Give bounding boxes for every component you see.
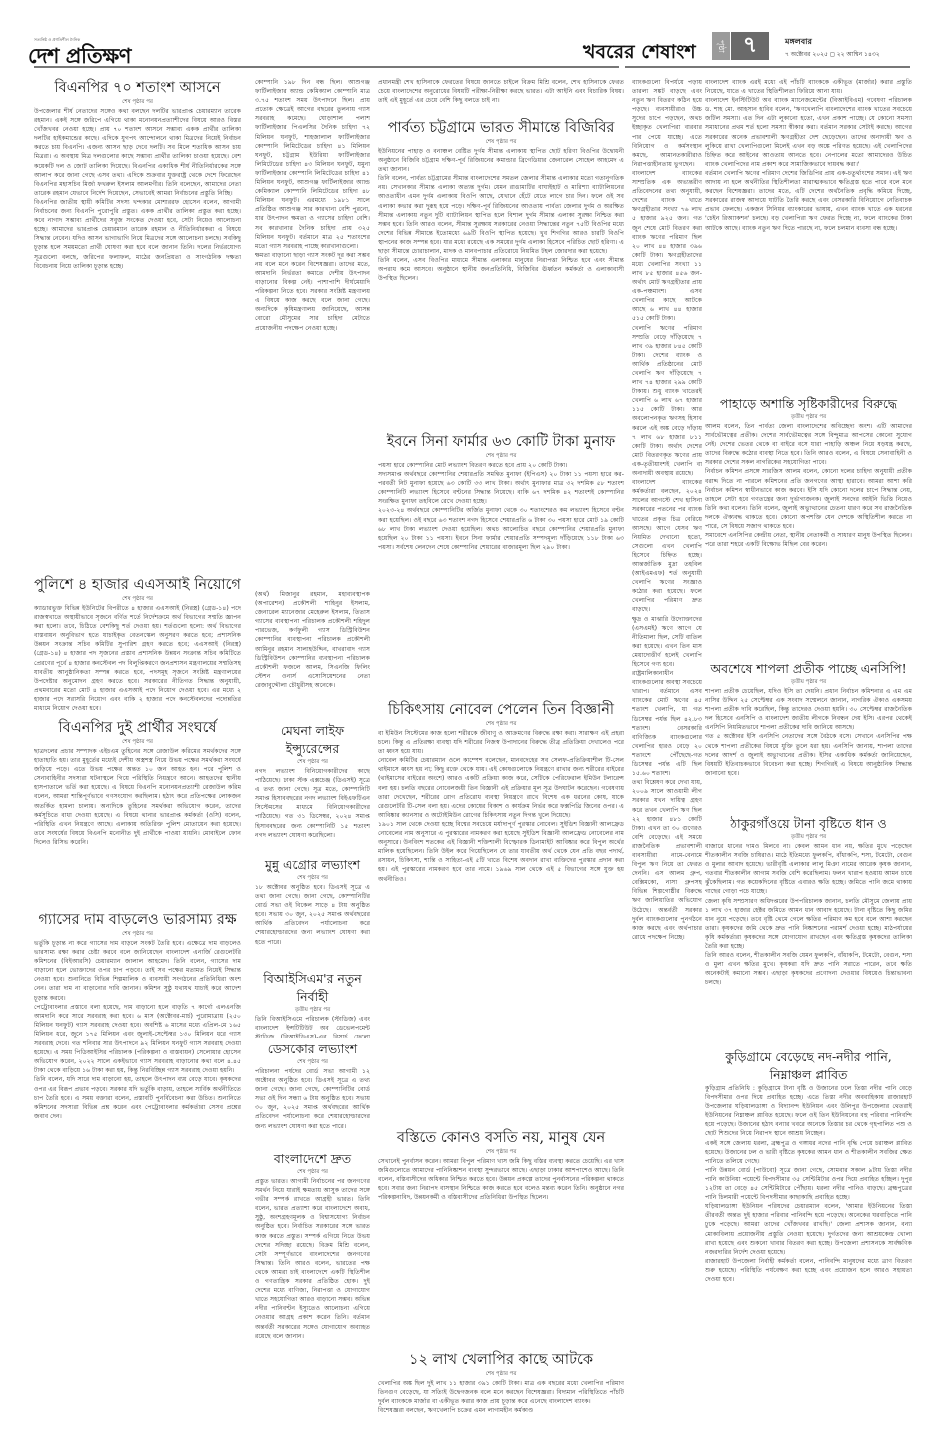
paragraph: সেখানেই পুনর্বাসন করেন। আমরা বিপুল পরিমা…	[378, 1157, 624, 1202]
paragraph: তিনি বিআইসিএমে পরিচালক (স্টাডিজ) এবং বাং…	[255, 1015, 370, 1038]
article-kurigram[interactable]: কুড়িগ্রামে বেড়েছে নদ-নদীর পানি, নিম্না…	[705, 1048, 912, 1442]
article-bank-merger[interactable]: বাংলাদেশ ব্যাংক এরই মধ্যে এই পাঁচটি ব্যা…	[705, 78, 912, 396]
paragraph: তিনি বলেন, এসব বিওপির মাধ্যমে সীমান্ত এল…	[378, 256, 624, 283]
headline: পুলিশে ৪ হাজার এএসআই নিয়োগে	[34, 575, 241, 595]
kicker: শেষ পৃষ্ঠার পর	[34, 595, 241, 603]
article-bnp-clash[interactable]: বিএনপির দুই প্রার্থীর সংঘর্ষে শেষ পৃষ্ঠা…	[34, 718, 241, 908]
article-thakurgaon[interactable]: ঠাকুরগাঁওয়ে টানা বৃষ্টিতে ধান ও তৃতীয় …	[705, 815, 912, 1045]
masthead-rule-right	[625, 66, 910, 68]
paragraph: কোম্পানি ১৯৮ দিন বন্ধ ছিল। আশুগঞ্জ ফার্ট…	[255, 78, 370, 251]
paragraph: গত ৫ অক্টোবর ইসি এনসিপি নেতাদের সঙ্গে বৈ…	[705, 732, 912, 777]
article-ibnsina[interactable]: ইবনে সিনা ফার্মার ৬৩ কোটি টাকা মুনাফ শেষ…	[378, 432, 624, 682]
paragraph: আলম বলেন, তিন পার্বত্য জেলা বাংলাদেশের অ…	[705, 422, 912, 467]
headline: পাহাড়ে অশান্তি সৃষ্টিকারীদের বিরুদ্ধে	[705, 395, 912, 413]
article-gas[interactable]: গ্যাসের দাম বাড়লেও ভারসাম্য রক্ষ শেষ পৃ…	[34, 910, 241, 1442]
masthead: সত্যনিষ্ঠ ও প্রগতিশীল দৈনিক দেশ প্রতিক্ষ…	[0, 0, 945, 58]
paragraph: বাংলাদেশ ব্যাংকের কর্মকর্তারা বলছেন, ২০২…	[632, 478, 702, 614]
kicker: তৃতীয় পৃষ্ঠার পর	[255, 1006, 370, 1014]
paragraph: বাংলাদেশ ইনস্টিটিউট অব ব্যাংক ম্যানেজমেন…	[705, 96, 912, 169]
paragraph: বর্তমান খেলাপি ঋণের পরিমাণ দেশের জিডিপির…	[705, 169, 912, 233]
paragraph: নোবেল কমিটির চেয়ারম্যান ওলে কাম্পেশ বলে…	[378, 756, 624, 820]
paragraph: বিশেষজ্ঞরা বলছেন, ঋণখেলাপি চক্রের এমন লা…	[378, 1406, 624, 1415]
headline: ইবনে সিনা ফার্মার ৬৩ কোটি টাকা মুনাফ	[378, 432, 624, 452]
paragraph: পানি উন্নয়ন বোর্ড (পাউবো) সূত্রে জানা গ…	[705, 1166, 912, 1202]
headline: বস্তিতে কোনও বসতি নয়, মানুষ যেন	[378, 1128, 624, 1148]
kicker: শেষ পৃষ্ঠার পর	[255, 1168, 370, 1176]
article-desco[interactable]: ডেসকোর লভ্যাংশ শেষ পৃষ্ঠার পর পরিচালনা প…	[255, 1040, 370, 1142]
article-nobel[interactable]: চিকিৎসায় নোবেল পেলেন তিন বিজ্ঞানী শেষ প…	[378, 700, 624, 1130]
article-bangladesh-fast[interactable]: বাংলাদেশে দ্রুত শেষ পৃষ্ঠার পর প্রস্তুত …	[255, 1150, 370, 1442]
headline: ঠাকুরগাঁওয়ে টানা বৃষ্টিতে ধান ও	[705, 815, 912, 833]
paragraph: একই সঙ্গে জেলায় ধরলা, ব্রহ্মপুত্র ও গঙ্…	[705, 1139, 912, 1166]
issue-day: মঙ্গলবার	[785, 36, 812, 49]
paragraph: রাষ্ট্রমালিকানাধীন ব্যাংকগুলোর অবস্থা সব…	[632, 669, 702, 778]
article-shapla[interactable]: অবশেষে শাপলা প্রতীক পাচ্ছে এনসিপি! তৃতীয…	[705, 660, 912, 810]
headline: বাংলাদেশে দ্রুত	[255, 1150, 370, 1168]
article-munnu[interactable]: মুন্নু এগ্রোর লভ্যাংশ শেষ পৃষ্ঠার পর ১৮ …	[255, 856, 370, 966]
article-meghna[interactable]: মেঘনা লাইফ ইন্স্যুরেন্সের শেষ পৃষ্ঠার পর…	[255, 722, 370, 854]
paragraph: পরিচালনা পর্ষদের বোর্ড সভা আগামী ১২ অক্ট…	[255, 1067, 370, 1131]
paragraph: ক্ষুদ্র ও মাঝারি উদ্যোক্তাদের (এসএমই) ঋণ…	[632, 615, 702, 670]
article-hasina-intro[interactable]: প্রধানমন্ত্রী শেখ হাসিনাকে ফেরতের বিষয়ে…	[378, 78, 624, 120]
headline: ডেসকোর লভ্যাংশ	[255, 1040, 370, 1058]
page-label: পৃষ্ঠা	[712, 32, 730, 60]
paragraph: প্রধানমন্ত্রী শেখ হাসিনাকে ফেরতের বিষয়ে…	[378, 78, 624, 105]
headline: গ্যাসের দাম বাড়লেও ভারসাম্য রক্ষ	[34, 910, 241, 930]
paragraph: তিনি আরও বলেন, শীতকালীন সবজি যেমন ফুলকপি…	[705, 951, 912, 987]
newspaper-logo[interactable]: দেশ প্রতিক্ষণ	[28, 40, 131, 75]
paragraph: কুড়িগ্রাম প্রতিনিধি : কুড়িগ্রামে টানা …	[705, 1084, 912, 1139]
article-fertilizer[interactable]: কোম্পানি ১৯৮ দিন বন্ধ ছিল। আশুগঞ্জ ফার্ট…	[255, 78, 370, 583]
article-meeting[interactable]: (অর্থ) মিজানুর রহমান, মহাব্যবস্থাপক (অপা…	[255, 590, 370, 720]
kicker: শেষ পৃষ্ঠার পর	[34, 738, 241, 746]
paragraph: পয়সা হারে কোম্পানির মোট লভ্যাংশ বিতরণ ক…	[378, 461, 624, 470]
article-defaulters-12lakh[interactable]: ১২ লাখ খেলাপির কাছে আটকে শেষ পৃষ্ঠার পর …	[378, 1350, 624, 1440]
kicker: শেষ পৃষ্ঠার পর	[255, 1058, 370, 1066]
paragraph: জেলা কৃষি সম্প্রসারণ অধিদপ্তরের উপপরিচাল…	[705, 897, 912, 952]
paragraph: ভর্তুকি চূড়ান্ত না করে গ্যাসের দাম বাড়…	[34, 939, 241, 1003]
paragraph: রাজারহাট উপজেলা নির্বাহী কর্মকর্তা বলেন,…	[705, 1257, 912, 1284]
kicker: শেষ পৃষ্ঠার পর	[378, 138, 624, 146]
paragraph: ১৮ অক্টোবর অনুষ্ঠিত হবে। ডিএসই সূত্রে এ …	[255, 883, 370, 947]
kicker: শেষ পৃষ্ঠার পর	[255, 758, 370, 766]
paragraph: ১৯০১ সাল থেকে দেওয়া হচ্ছে বিশ্বের সবচেয…	[378, 820, 624, 884]
paragraph: বাজারে ধানের দামও মিলবে না। কেবল আমন ধান…	[705, 842, 912, 897]
paragraph: ঘড়িয়ালডাঙ্গা ইউনিয়ন পরিষদের চেয়ারম্য…	[705, 1202, 912, 1257]
headline: বিআইসিএম'র নতুন নির্বাহী	[255, 970, 370, 1006]
paragraph: ছাত্রদলের প্রচার সম্পাদক এইচএম তুহিনের স…	[34, 747, 241, 847]
paragraph: তথ্য বিশ্লেষণ করে দেখা যায়, ২০০৯ সালে আ…	[632, 778, 702, 942]
paragraph: নগদ লভ্যাংশ বিনিয়োগকারীদের কাছে পাঠিয়ে…	[255, 767, 370, 840]
article-slum[interactable]: বস্তিতে কোনও বসতি নয়, মানুষ যেন শেষ পৃষ…	[378, 1128, 624, 1356]
kicker: শেষ পৃষ্ঠার পর	[378, 1370, 624, 1378]
headline: মুন্নু এগ্রোর লভ্যাংশ	[255, 856, 370, 874]
page-number: ৭	[731, 32, 769, 60]
paragraph: তিনি বলেন, যদি সারে দাম বাড়ানো হয়, তাহ…	[34, 1075, 241, 1120]
paragraph: খেলাপি ঋণের পরিমাণ সম্প্রতি বেড়ে দাঁড়ি…	[632, 324, 702, 479]
paragraph: পেট্রোবাংলার প্রস্তাবে বলা হয়েছে, দাম ব…	[34, 1003, 241, 1076]
issue-date: ৭ অক্টোবর ২০২৫ ◻ ২২ আশ্বিন ১৪৩২	[785, 49, 880, 60]
paragraph: ক্ষমতা বাড়ানো ছাড়া গ্যাস সংকট দূর করা …	[255, 251, 370, 333]
paragraph: নির্বাচন কমিশন প্রসঙ্গে সারজিস আলম বলেন,…	[705, 467, 912, 531]
paragraph: ব্যাংকগুলো বিপর্যয়ে পড়ায় তারল্য সঙ্কট…	[632, 78, 702, 169]
headline: বিএনপির ৭০ শতাংশ আসনে	[34, 78, 241, 98]
headline: চিকিৎসায় নোবেল পেলেন তিন বিজ্ঞানী	[378, 700, 624, 720]
headline: মেঘনা লাইফ ইন্স্যুরেন্সের	[255, 722, 370, 758]
headline: অবশেষে শাপলা প্রতীক পাচ্ছে এনসিপি!	[705, 660, 912, 678]
headline: ১২ লাখ খেলাপির কাছে আটকে	[378, 1350, 624, 1370]
kicker: শেষ পৃষ্ঠার পর	[255, 874, 370, 882]
paragraph: শাপলা প্রতীক চেয়েছিল, যদিও ইসি তা দেয়ন…	[705, 687, 912, 732]
headline: পার্বত্য চট্টগ্রামে ভারত সীমান্তে বিজিবি…	[378, 118, 624, 138]
paragraph: বাংলাদেশ ব্যাংক এরই মধ্যে এই পাঁচটি ব্যা…	[705, 78, 912, 96]
article-banks-crisis[interactable]: ব্যাংকগুলো বিপর্যয়ে পড়ায় তারল্য সঙ্কট…	[632, 78, 702, 1442]
masthead-rule-left	[34, 66, 619, 68]
kicker: তৃতীয় পৃষ্ঠার পর	[705, 833, 912, 841]
paragraph: প্রস্তুত ভারত। আগামী নির্বাচনের পর জনগণে…	[255, 1177, 370, 1341]
paragraph: বাংলাদেশ ব্যাংকের সাম্প্রতিক এক অভ্যন্তর…	[632, 169, 702, 324]
article-hills[interactable]: পাহাড়ে অশান্তি সৃষ্টিকারীদের বিরুদ্ধে ত…	[705, 395, 912, 655]
kicker: শেষ পৃষ্ঠার পর	[34, 98, 241, 106]
paragraph: (অর্থ) মিজানুর রহমান, মহাব্যবস্থাপক (অপা…	[255, 590, 370, 690]
paragraph: ইউনিয়নের পাহাড় ও বনাঞ্চল বেষ্টিত দুর্গ…	[378, 147, 624, 174]
kicker: শেষ পৃষ্ঠার পর	[378, 1148, 624, 1156]
paragraph: সমাবেশে এনসিপির কেন্দ্রীয় নেতা, স্থানীয…	[705, 531, 912, 549]
kicker: শেষ পৃষ্ঠার পর	[378, 720, 624, 728]
kicker: তৃতীয় পৃষ্ঠার পর	[705, 413, 912, 421]
paragraph: খেলাপির অঙ্ক ছিল দুই লাখ ১১ হাজার ৩৯১ কো…	[378, 1379, 624, 1406]
paragraph: ২০২৩-২৪ অর্থবছরে কোম্পানিটির অর্জিত মুনা…	[378, 506, 624, 551]
paragraph: ক্যাডারভুক্ত বিভিন্ন ইউনিটের বিপরীতে ৪ হ…	[34, 604, 241, 710]
paragraph: বা ইমিউন সিস্টেমের কাজ হলো শরীরকে জীবাণু…	[378, 729, 624, 756]
article-bibm[interactable]: বিআইসিএম'র নতুন নির্বাহী তৃতীয় পৃষ্ঠার …	[255, 970, 370, 1038]
paragraph: সদ্যসমাপ্ত অর্থবছরে কোম্পানির শেয়ারপ্রত…	[378, 470, 624, 506]
kicker: শেষ পৃষ্ঠার পর	[378, 452, 624, 460]
article-police[interactable]: পুলিশে ৪ হাজার এএসআই নিয়োগে শেষ পৃষ্ঠার…	[34, 575, 241, 710]
article-bnp70[interactable]: বিএনপির ৭০ শতাংশ আসনে শেষ পৃষ্ঠার পর উপজ…	[34, 78, 241, 590]
paragraph: তিনি বলেন, পার্বত্য চট্টগ্রামের সীমান্ত …	[378, 174, 624, 256]
paragraph: বিএনপির জাতীয় স্থায়ী কমিটির সদস্য খন্দ…	[34, 198, 241, 271]
headline: বিএনপির দুই প্রার্থীর সংঘর্ষে	[34, 718, 241, 738]
kicker: শেষ পৃষ্ঠার পর	[34, 930, 241, 938]
paragraph: উপজেলার শীর্ষ নেতাদের সঙ্গেও কথা বলছেন দ…	[34, 107, 241, 198]
headline: কুড়িগ্রামে বেড়েছে নদ-নদীর পানি, নিম্না…	[705, 1048, 912, 1084]
kicker: তৃতীয় পৃষ্ঠার পর	[705, 678, 912, 686]
article-cht-bgb[interactable]: পার্বত্য চট্টগ্রামে ভারত সীমান্তে বিজিবি…	[378, 118, 624, 448]
